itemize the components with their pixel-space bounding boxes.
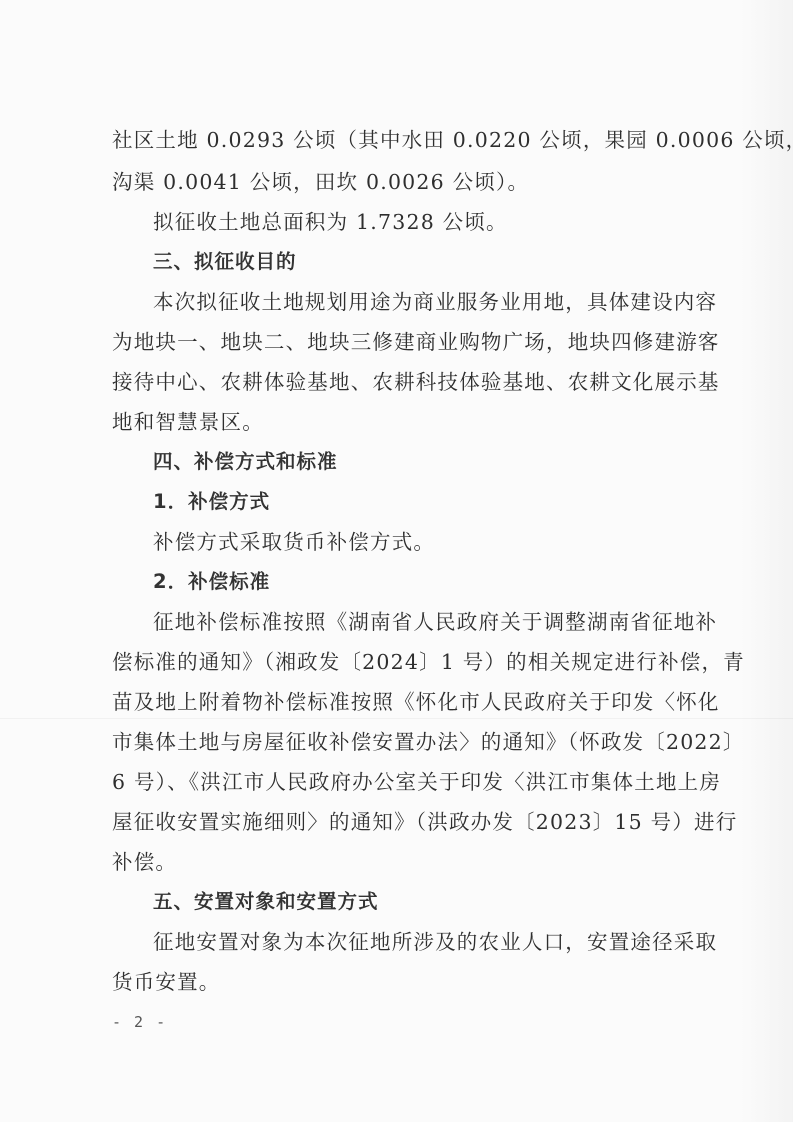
body-line: 本次拟征收土地规划用途为商业服务业用地，具体建设内容 [153, 288, 702, 316]
body-line: 屋征收安置实施细则〉的通知》（洪政办发〔2023〕15 号）进行 [112, 808, 702, 836]
body-line: 社区土地 0.0293 公顷（其中水田 0.0220 公顷，果园 0.0006 … [112, 126, 702, 154]
body-line: 市集体土地与房屋征收补偿安置办法〉的通知》（怀政发〔2022〕 [112, 728, 702, 756]
page-number: - 2 - [112, 1013, 167, 1031]
body-line: 苗及地上附着物补偿标准按照《怀化市人民政府关于印发〈怀化 [112, 688, 702, 716]
body-line: 补偿方式采取货币补偿方式。 [153, 528, 702, 556]
body-line: 偿标准的通知》（湘政发〔2024〕1 号）的相关规定进行补偿，青 [112, 648, 702, 676]
body-line: 地和智慧景区。 [112, 408, 702, 436]
body-line: 征地安置对象为本次征地所涉及的农业人口，安置途径采取 [153, 928, 702, 956]
body-line: 货币安置。 [112, 968, 702, 996]
body-line: 征地补偿标准按照《湖南省人民政府关于调整湖南省征地补 [153, 608, 702, 636]
scan-artifact-line [0, 718, 793, 719]
subheading-compensation-method: 1．补偿方式 [153, 488, 270, 516]
scan-edge-shadow [740, 0, 793, 1122]
body-line: 补偿。 [112, 848, 702, 876]
section-heading-purpose: 三、拟征收目的 [153, 248, 297, 276]
body-line: 沟渠 0.0041 公顷，田坎 0.0026 公顷）。 [112, 168, 702, 196]
body-line: 6 号）、《洪江市人民政府办公室关于印发〈洪江市集体土地上房 [112, 768, 702, 796]
section-heading-resettlement: 五、安置对象和安置方式 [153, 888, 379, 916]
subheading-compensation-standard: 2．补偿标准 [153, 568, 270, 596]
body-line: 为地块一、地块二、地块三修建商业购物广场，地块四修建游客 [112, 328, 702, 356]
total-area-text: 拟征收土地总面积为 1.7328 公顷。 [153, 208, 702, 236]
document-page: 社区土地 0.0293 公顷（其中水田 0.0220 公顷，果园 0.0006 … [0, 0, 793, 1122]
section-heading-compensation: 四、补偿方式和标准 [153, 448, 338, 476]
body-line: 接待中心、农耕体验基地、农耕科技体验基地、农耕文化展示基 [112, 368, 702, 396]
